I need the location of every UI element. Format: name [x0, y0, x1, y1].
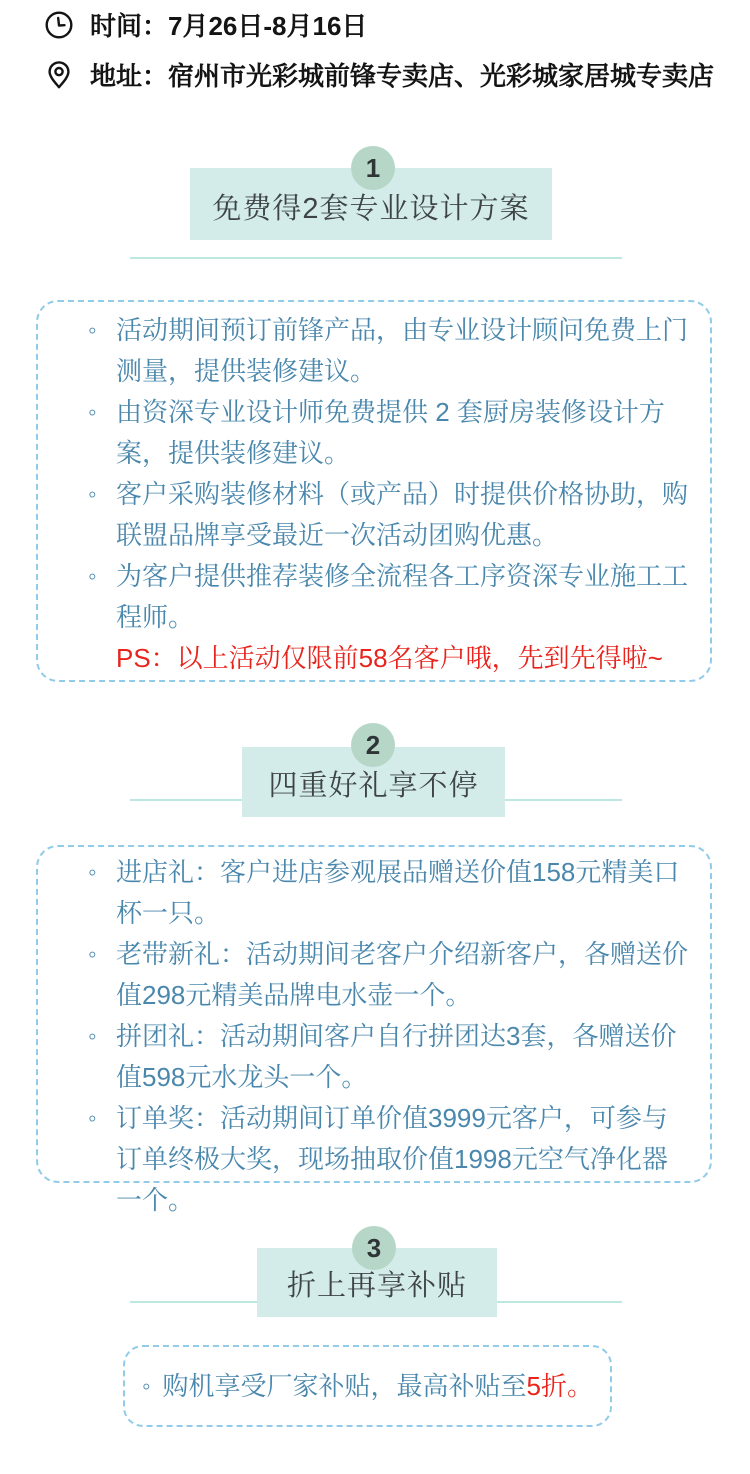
bullet-icon: ◦ — [88, 556, 97, 597]
bullet-icon: ◦ — [88, 392, 97, 433]
section-2-step-badge: 2 — [351, 723, 395, 767]
section-1-benefit-list: ◦ 活动期间预订前锋产品，由专业设计顾问免费上门测量，提供装修建议。 ◦ 由资深… — [38, 302, 710, 679]
section-2-gift-list: ◦ 进店礼：客户进店参观展品赠送价值158元精美口杯一只。 ◦ 老带新礼：活动期… — [38, 847, 710, 1221]
address-label: 地址：宿州市光彩城前锋专卖店、光彩城家居城专卖店 — [90, 56, 714, 93]
list-item: ◦ 由资深专业设计师免费提供 2 套厨房装修设计方案，提供装修建议。 — [82, 392, 690, 474]
list-item-text: 进店礼：客户进店参观展品赠送价值158元精美口杯一只。 — [116, 857, 679, 928]
promo-flyer-page: 时间：7月26日-8月16日 地址：宿州市光彩城前锋专卖店、光彩城家居城专卖店 … — [0, 0, 750, 1474]
time-row: 时间：7月26日-8月16日 — [44, 6, 367, 43]
bullet-icon: ◦ — [88, 934, 97, 975]
list-item-text: 老带新礼：活动期间老客户介绍新客户，各赠送价值298元精美品牌电水壶一个。 — [116, 939, 688, 1010]
list-item-text: 为客户提供推荐装修全流程各工序资深专业施工工程师。 — [116, 561, 688, 632]
section-1-divider — [130, 257, 622, 259]
subsidy-note: 购机享受厂家补贴，最高补贴至5折。 — [163, 1366, 593, 1407]
section-1-step-badge: 1 — [351, 146, 395, 190]
ps-note: PS：以上活动仅限前58名客户哦，先到先得啦~ — [82, 638, 690, 679]
list-item: ◦ 活动期间预订前锋产品，由专业设计顾问免费上门测量，提供装修建议。 — [82, 310, 690, 392]
subsidy-note-prefix: 购机享受厂家补贴，最高补贴至 — [163, 1371, 527, 1401]
section-3-step-badge: 3 — [352, 1226, 396, 1270]
bullet-icon: ◦ — [88, 474, 97, 515]
time-label: 时间：7月26日-8月16日 — [90, 6, 367, 43]
list-item-text: 客户采购装修材料（或产品）时提供价格协助，购联盟品牌享受最近一次活动团购优惠。 — [116, 479, 688, 550]
section-1-benefits-box: ◦ 活动期间预订前锋产品，由专业设计顾问免费上门测量，提供装修建议。 ◦ 由资深… — [36, 300, 712, 682]
address-row: 地址：宿州市光彩城前锋专卖店、光彩城家居城专卖店 — [44, 56, 714, 93]
list-item: ◦ 为客户提供推荐装修全流程各工序资深专业施工工程师。 — [82, 556, 690, 638]
section-2-gifts-box: ◦ 进店礼：客户进店参观展品赠送价值158元精美口杯一只。 ◦ 老带新礼：活动期… — [36, 845, 712, 1183]
section-3-step-number: 3 — [367, 1233, 381, 1264]
clock-icon — [44, 10, 74, 40]
list-item-text: 拼团礼：活动期间客户自行拼团达3套，各赠送价值598元水龙头一个。 — [116, 1021, 676, 1092]
bullet-icon: ◦ — [88, 852, 97, 893]
bullet-icon: ◦ — [88, 310, 97, 351]
subsidy-note-box: ◦ 购机享受厂家补贴，最高补贴至5折。 — [123, 1345, 612, 1427]
list-item-text: 活动期间预订前锋产品，由专业设计顾问免费上门测量，提供装修建议。 — [116, 315, 688, 386]
list-item-text: 由资深专业设计师免费提供 2 套厨房装修设计方案，提供装修建议。 — [116, 397, 665, 468]
list-item-text: 订单奖：活动期间订单价值3999元客户，可参与订单终极大奖，现场抽取价值1998… — [116, 1103, 668, 1215]
section-1-step-number: 1 — [366, 153, 380, 184]
section-1-title: 免费得2套专业设计方案 — [212, 186, 529, 227]
bullet-icon: ◦ — [88, 1016, 97, 1057]
subsidy-highlight: 5折。 — [527, 1371, 593, 1401]
bullet-icon: ◦ — [142, 1366, 151, 1407]
section-2-step-number: 2 — [366, 730, 380, 761]
list-item: ◦ 拼团礼：活动期间客户自行拼团达3套，各赠送价值598元水龙头一个。 — [82, 1016, 690, 1098]
list-item: ◦ 进店礼：客户进店参观展品赠送价值158元精美口杯一只。 — [82, 852, 690, 934]
bullet-icon: ◦ — [88, 1098, 97, 1139]
list-item: ◦ 客户采购装修材料（或产品）时提供价格协助，购联盟品牌享受最近一次活动团购优惠… — [82, 474, 690, 556]
list-item: ◦ 订单奖：活动期间订单价值3999元客户，可参与订单终极大奖，现场抽取价值19… — [82, 1098, 690, 1221]
location-pin-icon — [44, 60, 74, 90]
section-2-title: 四重好礼享不停 — [268, 763, 478, 804]
list-item: ◦ 老带新礼：活动期间老客户介绍新客户，各赠送价值298元精美品牌电水壶一个。 — [82, 934, 690, 1016]
